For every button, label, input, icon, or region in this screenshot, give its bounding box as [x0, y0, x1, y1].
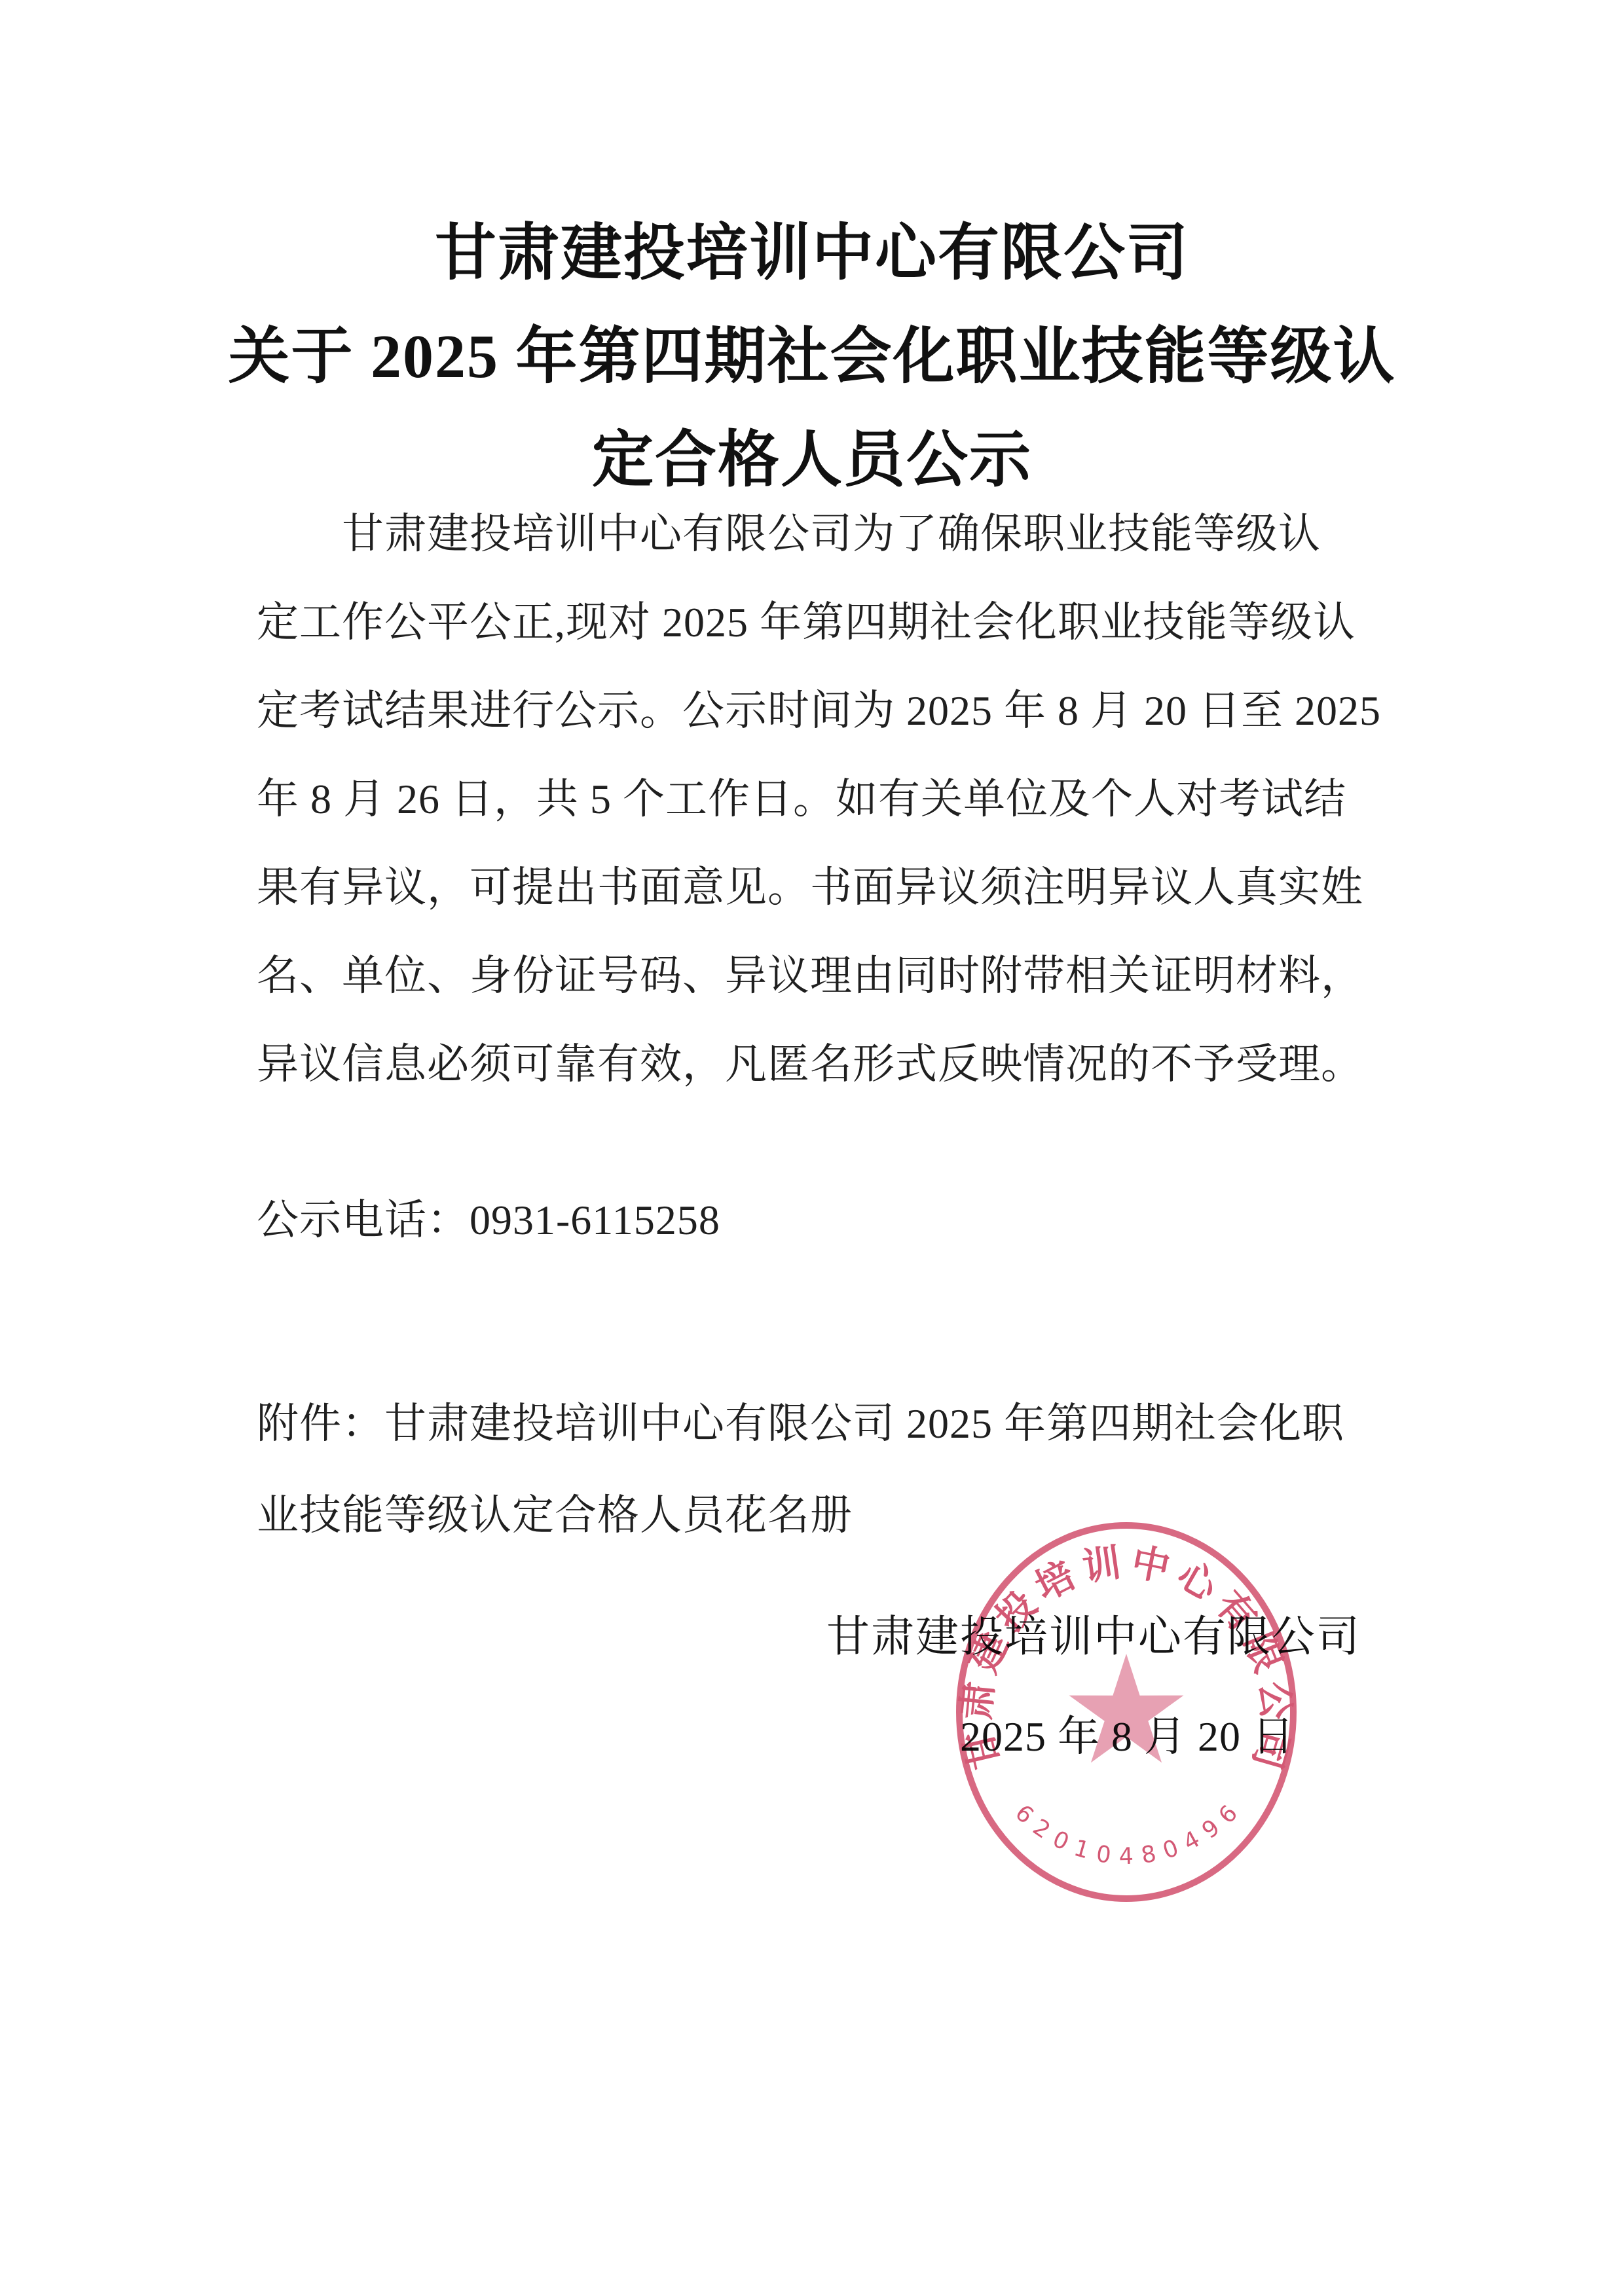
body-line: 异议信息必须可靠有效，凡匿名形式反映情况的不予受理。 [257, 1020, 1378, 1108]
body-line: 定工作公平公正,现对 2025 年第四期社会化职业技能等级认 [257, 578, 1378, 666]
body-line: 甘肃建投培训中心有限公司为了确保职业技能等级认 [257, 490, 1378, 578]
attachment-line: 附件：甘肃建投培训中心有限公司 2025 年第四期社会化职 [257, 1378, 1378, 1470]
body-paragraph: 甘肃建投培训中心有限公司为了确保职业技能等级认 定工作公平公正,现对 2025 … [257, 490, 1378, 1108]
body-line: 年 8 月 26 日，共 5 个工作日。如有关单位及个人对考试结 [257, 755, 1378, 843]
title-line-2: 关于 2025 年第四期社会化职业技能等级认 [0, 305, 1624, 409]
seal-star-icon [1069, 1654, 1184, 1762]
official-seal: 甘肃建投培训中心有限公司 6201048049683 [948, 1518, 1305, 1907]
body-line: 名、单位、身份证号码、异议理由同时附带相关证明材料， [257, 932, 1378, 1020]
document-page: 甘肃建投培训中心有限公司 关于 2025 年第四期社会化职业技能等级认 定合格人… [0, 0, 1624, 2296]
publicity-phone: 公示电话：0931-6115258 [257, 1197, 720, 1244]
body-line: 果有异议，可提出书面意见。书面异议须注明异议人真实姓 [257, 843, 1378, 932]
document-title: 甘肃建投培训中心有限公司 关于 2025 年第四期社会化职业技能等级认 定合格人… [0, 202, 1624, 512]
title-line-1: 甘肃建投培训中心有限公司 [0, 202, 1624, 305]
body-line: 定考试结果进行公示。公示时间为 2025 年 8 月 20 日至 2025 [257, 666, 1378, 755]
